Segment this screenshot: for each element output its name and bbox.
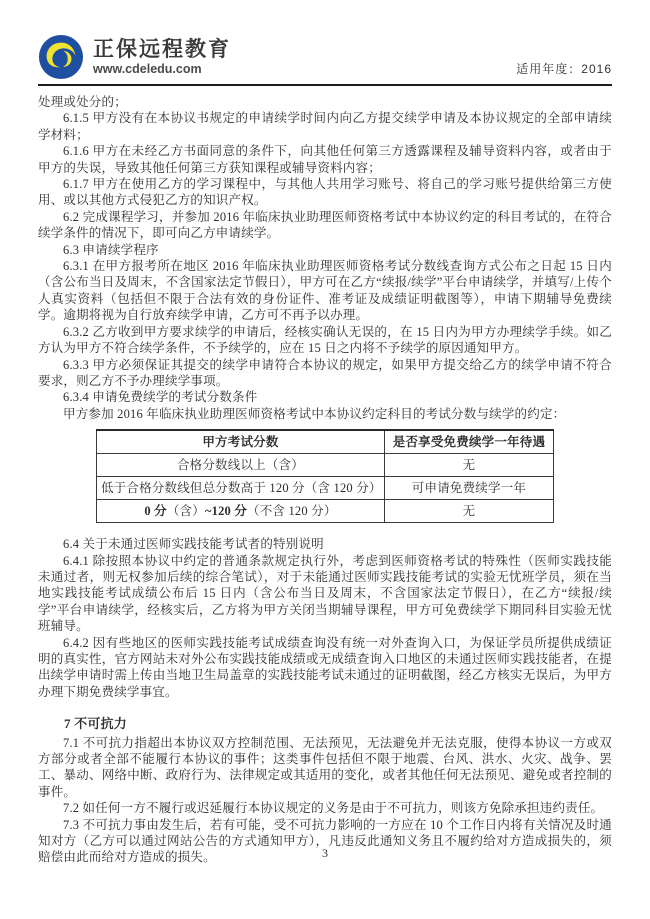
document-header: 正保远程教育 www.cdeledu.com 适用年度：2016: [38, 0, 612, 86]
page-number: 3: [0, 846, 650, 861]
brand-website: www.cdeledu.com: [93, 62, 231, 77]
clause-6-3-3: 6.3.3 甲方必须保证其提交的续学申请符合本协议的规定，如果甲方提交给乙方的续…: [38, 357, 612, 390]
benefit-cell: 可申请免费续学一年: [384, 477, 553, 500]
benefit-cell: 无: [384, 500, 553, 523]
clause-6-1-7: 6.1.7 甲方在使用乙方的学习课程中，与其他人共用学习账号、将自己的学习账号提…: [38, 176, 612, 209]
clause-6-3-heading: 6.3 申请续学程序: [38, 242, 612, 258]
brand-logo: 正保远程教育 www.cdeledu.com: [38, 34, 231, 80]
table-row: 0 分（含）~120 分（不含 120 分） 无: [97, 500, 554, 523]
table-row: 合格分数线以上（含） 无: [97, 454, 554, 477]
clause-6-3-2: 6.3.2 乙方收到甲方要求续学的申请后，经核实确认无误的，在 15 日内为甲方…: [38, 324, 612, 357]
clause-6-2: 6.2 完成课程学习，并参加 2016 年临床执业助理医师资格考试中本协议约定的…: [38, 209, 612, 242]
benefit-cell: 无: [384, 454, 553, 477]
brand-text-block: 正保远程教育 www.cdeledu.com: [93, 38, 231, 77]
score-range-normal: （不含 120 分）: [247, 504, 337, 518]
clause-6-3-4-intro: 甲方参加 2016 年临床执业助理医师资格考试中本协议约定科目的考试分数与续学的…: [38, 406, 612, 422]
score-cell: 0 分（含）~120 分（不含 120 分）: [97, 500, 385, 523]
section-7-heading: 7 不可抗力: [38, 716, 612, 732]
contract-body: 处理或处分的； 6.1.5 甲方没有在本协议书规定的申请续学时间内向乙方提交续学…: [38, 86, 612, 866]
clause-6-4-2: 6.4.2 因有些地区的医师实践技能考试成绩查询没有统一对外查询入口，为保证学员…: [38, 635, 612, 701]
clause-6-3-1: 6.3.1 在甲方报考所在地区 2016 年临床执业助理医师资格考试分数线查询方…: [38, 258, 612, 324]
renewal-score-table: 甲方考试分数 是否享受免费续学一年待遇 合格分数线以上（含） 无 低于合格分数线…: [96, 429, 554, 523]
cdel-swirl-globe-icon: [38, 34, 84, 80]
score-range-bold: 0 分: [144, 504, 166, 518]
clause-6-1-5: 6.1.5 甲方没有在本协议书规定的申请续学时间内向乙方提交续学申请及本协议规定…: [38, 110, 612, 143]
clause-6-4-heading: 6.4 关于未通过医师实践技能考试者的特别说明: [38, 536, 612, 552]
brand-name: 正保远程教育: [93, 38, 231, 62]
applicable-year-label: 适用年度：2016: [516, 60, 612, 80]
clause-6-3-4-heading: 6.3.4 申请免费续学的考试分数条件: [38, 389, 612, 405]
document-page: 正保远程教育 www.cdeledu.com 适用年度：2016 处理或处分的；…: [0, 0, 650, 919]
table-header-benefit: 是否享受免费续学一年待遇: [384, 430, 553, 454]
score-cell: 低于合格分数线但总分数高于 120 分（含 120 分）: [97, 477, 385, 500]
clause-continuation: 处理或处分的；: [38, 94, 612, 110]
clause-7-1: 7.1 不可抗力指超出本协议双方控制范围、无法预见，无法避免并无法克服，使得本协…: [38, 735, 612, 801]
score-range-normal: （含）: [167, 504, 205, 518]
clause-7-2: 7.2 如任何一方不履行或迟延履行本协议规定的义务是由于不可抗力，则该方免除承担…: [38, 800, 612, 816]
table-header-score: 甲方考试分数: [97, 430, 385, 454]
score-cell: 合格分数线以上（含）: [97, 454, 385, 477]
clause-6-1-6: 6.1.6 甲方在未经乙方书面同意的条件下，向其他任何第三方透露课程及辅导资料内…: [38, 143, 612, 176]
table-header-row: 甲方考试分数 是否享受免费续学一年待遇: [97, 430, 554, 454]
clause-6-4-1: 6.4.1 除按照本协议中约定的普通条款规定执行外，考虑到医师资格考试的特殊性（…: [38, 553, 612, 635]
table-row: 低于合格分数线但总分数高于 120 分（含 120 分） 可申请免费续学一年: [97, 477, 554, 500]
score-range-bold: ~120 分: [205, 504, 247, 518]
